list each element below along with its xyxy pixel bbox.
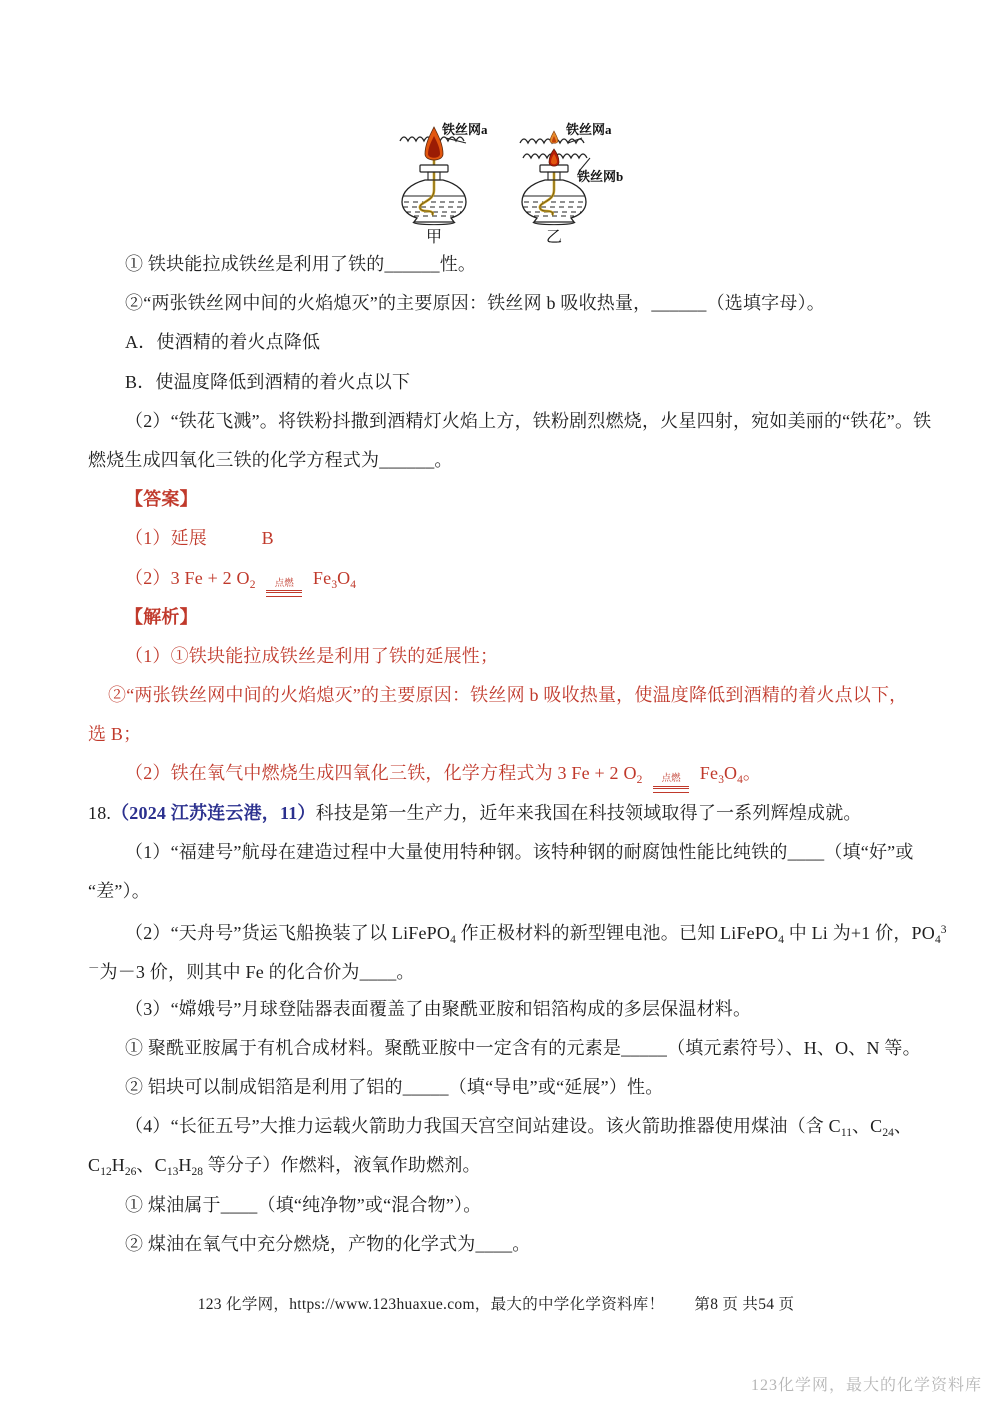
lamp-yi-label: 乙 bbox=[546, 229, 562, 246]
flame-tip-yi bbox=[550, 131, 558, 143]
text-line: C12H26、C13H28 等分子）作燃料，液氧作助燃剂。 bbox=[88, 1146, 910, 1185]
text-line: B．使温度降低到酒精的着火点以下 bbox=[88, 363, 910, 402]
text-line: ②“两张铁丝网中间的火焰熄灭”的主要原因：铁丝网 b 吸收热量，______（选… bbox=[88, 284, 910, 323]
text-line: ② 铝块可以制成铝箔是利用了铝的_____（填“导电”或“延展”）性。 bbox=[88, 1068, 910, 1107]
text-line: （2）3 Fe + 2 O2 点燃 Fe3O4 bbox=[88, 559, 910, 598]
page-footer: 123 化学网，https://www.123huaxue.com，最大的中学化… bbox=[0, 1292, 992, 1314]
text-line: ②“两张铁丝网中间的火焰熄灭”的主要原因：铁丝网 b 吸收热量，使温度降低到酒精… bbox=[88, 676, 910, 715]
mesh-a-label-yi: 铁丝网a bbox=[565, 122, 612, 137]
text-line: 18.（2024 江苏连云港，11）科技是第一生产力，近年来我国在科技领域取得了… bbox=[88, 794, 910, 833]
text-line: A．使酒精的着火点降低 bbox=[88, 323, 910, 362]
text-line: （1）“福建号”航母在建造过程中大量使用特种钢。该特种钢的耐腐蚀性能比纯铁的__… bbox=[88, 833, 910, 872]
document-page: 铁丝网a 甲 bbox=[0, 0, 992, 1403]
question-source-tag: （2024 江苏连云港，11） bbox=[111, 803, 316, 823]
alcohol-lamp-yi: 铁丝网a 铁丝网b 乙 bbox=[520, 122, 623, 246]
ignition-condition-mark: 点燃 bbox=[653, 775, 689, 793]
text-line: ① 铁块能拉成铁丝是利用了铁的______性。 bbox=[88, 245, 910, 284]
text-line: （3）“嫦娥号”月球登陆器表面覆盖了由聚酰亚胺和铝箔构成的多层保温材料。 bbox=[88, 990, 910, 1029]
text-line: （4）“长征五号”大推力运载火箭助力我国天宫空间站建设。该火箭助推器使用煤油（含… bbox=[88, 1107, 910, 1146]
text-line: （1）①铁块能拉成铁丝是利用了铁的延展性； bbox=[88, 637, 910, 676]
footer-site-info: 123 化学网，https://www.123huaxue.com，最大的中学化… bbox=[198, 1296, 665, 1313]
text-line: 【答案】 bbox=[88, 480, 910, 519]
text-line: ② 煤油在氧气中充分燃烧，产物的化学式为____。 bbox=[88, 1225, 910, 1264]
text-segment: 18. bbox=[88, 803, 111, 823]
text-segment: 科技是第一生产力，近年来我国在科技领域取得了一系列辉煌成就。 bbox=[316, 803, 862, 823]
site-watermark: 123化学网，最大的化学资料库 bbox=[751, 1372, 982, 1395]
text-line: 【解析】 bbox=[88, 598, 910, 637]
lamp-diagram: 铁丝网a 甲 bbox=[392, 112, 652, 248]
alcohol-lamp-jia: 铁丝网a 甲 bbox=[400, 122, 488, 246]
text-line: “差”）。 bbox=[88, 872, 910, 911]
flame-yi bbox=[549, 149, 559, 166]
text-line: ① 煤油属于____（填“纯净物”或“混合物”）。 bbox=[88, 1186, 910, 1225]
text-line: （2）“天舟号”货运飞船换装了以 LiFePO4 作正极材料的新型锂电池。已知 … bbox=[88, 911, 910, 950]
text-line: 燃烧生成四氧化三铁的化学方程式为______。 bbox=[88, 441, 910, 480]
text-line: 选 B； bbox=[88, 715, 910, 754]
text-line: （2）“铁花飞溅”。将铁粉抖撒到酒精灯火焰上方，铁粉剧烈燃烧，火星四射，宛如美丽… bbox=[88, 402, 910, 441]
document-body: ① 铁块能拉成铁丝是利用了铁的______性。②“两张铁丝网中间的火焰熄灭”的主… bbox=[88, 245, 910, 1264]
mesh-a-label-jia: 铁丝网a bbox=[441, 122, 488, 137]
lamp-jia-label: 甲 bbox=[426, 228, 442, 246]
text-line: ① 聚酰亚胺属于有机合成材料。聚酰亚胺中一定含有的元素是_____（填元素符号）… bbox=[88, 1029, 910, 1068]
footer-page-number: 第8 页 共54 页 bbox=[694, 1296, 794, 1313]
text-line: （1）延展 B bbox=[88, 519, 910, 558]
mesh-b-label-yi: 铁丝网b bbox=[576, 169, 623, 184]
text-line: －为－3 价，则其中 Fe 的化合价为____。 bbox=[88, 950, 910, 989]
flame-jia bbox=[425, 127, 443, 160]
text-line: （2）铁在氧气中燃烧生成四氧化三铁，化学方程式为 3 Fe + 2 O2 点燃 … bbox=[88, 754, 910, 793]
ignition-condition-mark: 点燃 bbox=[266, 580, 302, 598]
